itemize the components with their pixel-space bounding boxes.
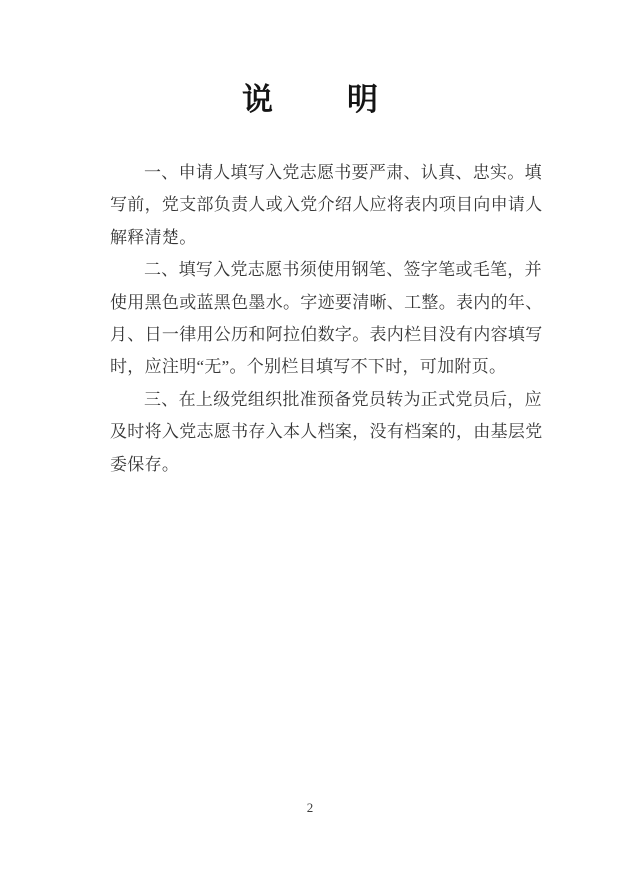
- instruction-paragraph-2: 二、填写入党志愿书须使用钢笔、签字笔或毛笔，并 使用黑色或蓝黑色墨水。字迹要清晰…: [110, 254, 530, 384]
- body-line: 二、填写入党志愿书须使用钢笔、签字笔或毛笔，并: [110, 254, 530, 286]
- title-char-2: 明: [347, 82, 378, 118]
- body-line: 月、日一律用公历和阿拉伯数字。表内栏目没有内容填写: [110, 319, 530, 351]
- document-page: 说 明 一、申请人填写入党志愿书要严肃、认真、忠实。填 写前，党支部负责人或入党…: [0, 0, 620, 876]
- instruction-paragraph-3: 三、在上级党组织批准预备党员转为正式党员后，应 及时将入党志愿书存入本人档案，没…: [110, 384, 530, 481]
- page-title: 说 明: [0, 82, 620, 118]
- page-number: 2: [0, 800, 620, 816]
- body-line: 时，应注明“无”。个别栏目填写不下时，可加附页。: [110, 351, 530, 383]
- body-line: 解释清楚。: [110, 222, 530, 254]
- body-line: 委保存。: [110, 449, 530, 481]
- body-line: 一、申请人填写入党志愿书要严肃、认真、忠实。填: [110, 157, 530, 189]
- body-line: 写前，党支部负责人或入党介绍人应将表内项目向申请人: [110, 189, 530, 221]
- body-line: 三、在上级党组织批准预备党员转为正式党员后，应: [110, 384, 530, 416]
- title-char-1: 说: [242, 82, 273, 118]
- body-line: 及时将入党志愿书存入本人档案，没有档案的，由基层党: [110, 416, 530, 448]
- instruction-paragraph-1: 一、申请人填写入党志愿书要严肃、认真、忠实。填 写前，党支部负责人或入党介绍人应…: [110, 157, 530, 254]
- instructions-body: 一、申请人填写入党志愿书要严肃、认真、忠实。填 写前，党支部负责人或入党介绍人应…: [110, 157, 530, 481]
- body-line: 使用黑色或蓝黑色墨水。字迹要清晰、工整。表内的年、: [110, 287, 530, 319]
